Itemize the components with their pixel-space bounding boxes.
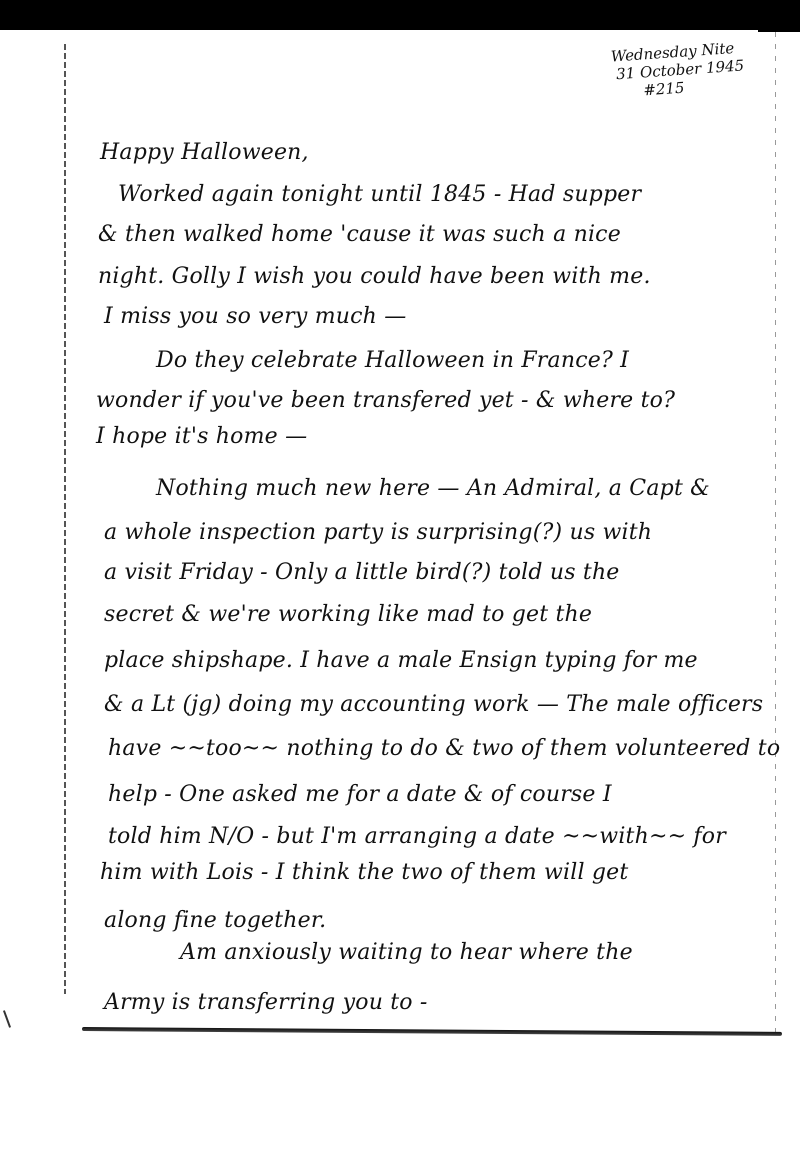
letter-line: place shipshape. I have a male Ensign ty…: [104, 648, 698, 673]
letter-line: night. Golly I wish you could have been …: [98, 264, 651, 289]
letter-line: Army is transferring you to -: [104, 990, 428, 1015]
letter-line: him with Lois - I think the two of them …: [100, 860, 628, 885]
page-left-edge: [64, 44, 66, 994]
page-right-edge: [775, 32, 776, 1032]
salutation: Happy Halloween,: [100, 140, 309, 165]
letter-line: wonder if you've been transfered yet - &…: [96, 388, 675, 413]
letter-line: Am anxiously waiting to hear where the: [180, 940, 633, 965]
scan-top-band: [0, 0, 800, 30]
letter-line: help - One asked me for a date & of cour…: [108, 782, 612, 807]
scan-top-band-corner: [758, 0, 800, 32]
page-bottom-edge: [82, 1027, 782, 1036]
letter-line: told him N/O - but I'm arranging a date …: [108, 824, 726, 849]
letter-line: a visit Friday - Only a little bird(?) t…: [104, 560, 620, 585]
letter-line: Worked again tonight until 1845 - Had su…: [118, 182, 641, 207]
letter-line: I miss you so very much —: [104, 304, 406, 329]
letter-line: a whole inspection party is surprising(?…: [104, 520, 652, 545]
letter-line: Do they celebrate Halloween in France? I: [156, 348, 629, 373]
letter-line: Nothing much new here — An Admiral, a Ca…: [156, 476, 710, 501]
letter-line: secret & we're working like mad to get t…: [104, 602, 592, 627]
letter-line: along fine together.: [104, 908, 326, 933]
letter-line: & a Lt (jg) doing my accounting work — T…: [104, 692, 763, 717]
stray-pen-mark: [3, 1010, 11, 1028]
letter-line: I hope it's home —: [96, 424, 307, 449]
letter-line: & then walked home 'cause it was such a …: [98, 222, 621, 247]
letter-line: have ~~too~~ nothing to do & two of them…: [108, 736, 780, 761]
letter-dateline: Wednesday Nite 31 October 1945 #215: [610, 36, 773, 101]
